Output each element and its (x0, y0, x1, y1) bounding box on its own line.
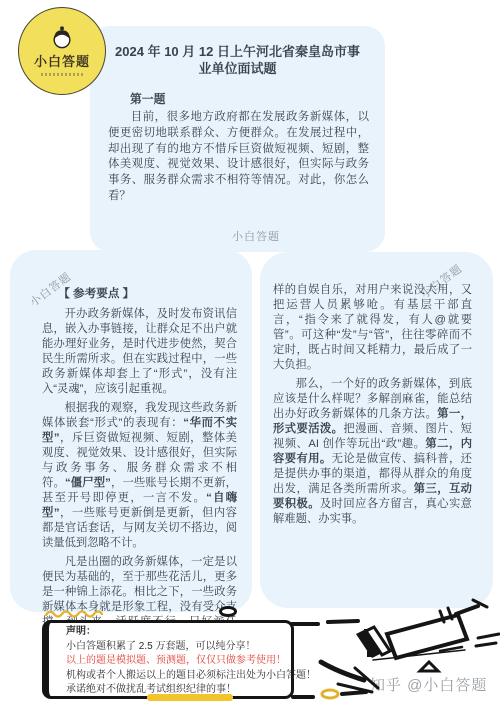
answer-card-right: 小白答题 样的自娱自乐，对用户来说没大用，又把运营人员累够呛。有基层干部直言，“… (260, 252, 493, 608)
answer-left-paragraphs: 开办政务新媒体，及时发布资讯信息，嵌入办事链接，让群众足不出户就能办理好业务，是… (42, 307, 237, 645)
declaration-title: 声明： (66, 625, 285, 640)
answer-right-column: 样的自娱自乐，对用户来说没大用，又把运营人员累够呛。有基层干部直言，“指令来了就… (273, 283, 472, 531)
question-number: 第一题 (130, 90, 385, 107)
brand-name: 小白答题 (34, 51, 90, 70)
declaration-line: 小白答题积累了 2.5 万套题，可以纯分享！ (66, 640, 285, 655)
exam-title: 2024 年 10 月 12 日上午河北省秦皇岛市事业单位面试题 (111, 43, 365, 77)
question-card: 2024 年 10 月 12 日上午河北省秦皇岛市事业单位面试题 第一题 目前，… (90, 26, 385, 252)
declaration-line: 机构或者个人搬运以上的题目必须标注出处为小白答题！ (66, 669, 285, 684)
yellow-underline-bar (147, 694, 233, 701)
question-text: 目前，很多地方政府都在发展政务新媒体，以便更密切地联系群众、方便群众。在发展过程… (108, 110, 369, 205)
answer-paragraph: 那么，一个好的政务新媒体，到底应该是什么样呢？多解剖麻雀，能总结出办好政务新媒体… (273, 377, 472, 527)
declaration-box: 声明： 小白答题积累了 2.5 万套题，可以纯分享！以上的题是模拟题、预测题，仅… (42, 620, 294, 699)
zhihu-watermark: 知乎 @小白答题 (370, 674, 487, 695)
logo-tagline (41, 73, 83, 76)
brand-logo: 小白答题 (18, 7, 106, 95)
answer-paragraph: 根据我的观察，我发现这些政务新媒体嵌套“形式”的表现有：“华而不实型”，斥巨资做… (42, 401, 237, 551)
yellow-squiggle-doodle (44, 608, 106, 620)
declaration-line: 以上的题是模拟题、预测题，仅仅只做参考使用！ (66, 654, 285, 669)
answer-card-left: 小白答题 【 参考要点 】 开办政务新媒体，及时发布资讯信息，嵌入办事链接，让群… (10, 250, 252, 612)
declaration-lines: 小白答题积累了 2.5 万套题，可以纯分享！以上的题是模拟题、预测题，仅仅只做参… (66, 640, 285, 698)
mascot-icon (51, 26, 73, 50)
answer-paragraph: 开办政务新媒体，及时发布资讯信息，嵌入办事链接，让群众足不出户就能办理好业务，是… (42, 307, 237, 397)
answer-left-column: 【 参考要点 】 开办政务新媒体，及时发布资讯信息，嵌入办事链接，让群众足不出户… (42, 286, 237, 649)
answer-heading: 【 参考要点 】 (42, 286, 237, 301)
page: 小白答题 2024 年 10 月 12 日上午河北省秦皇岛市事业单位面试题 第一… (0, 0, 500, 707)
watermark: 小白答题 (232, 228, 280, 244)
answer-paragraph: 样的自娱自乐，对用户来说没大用，又把运营人员累够呛。有基层干部直言，“指令来了就… (273, 283, 472, 373)
oval-doodle (219, 606, 237, 617)
